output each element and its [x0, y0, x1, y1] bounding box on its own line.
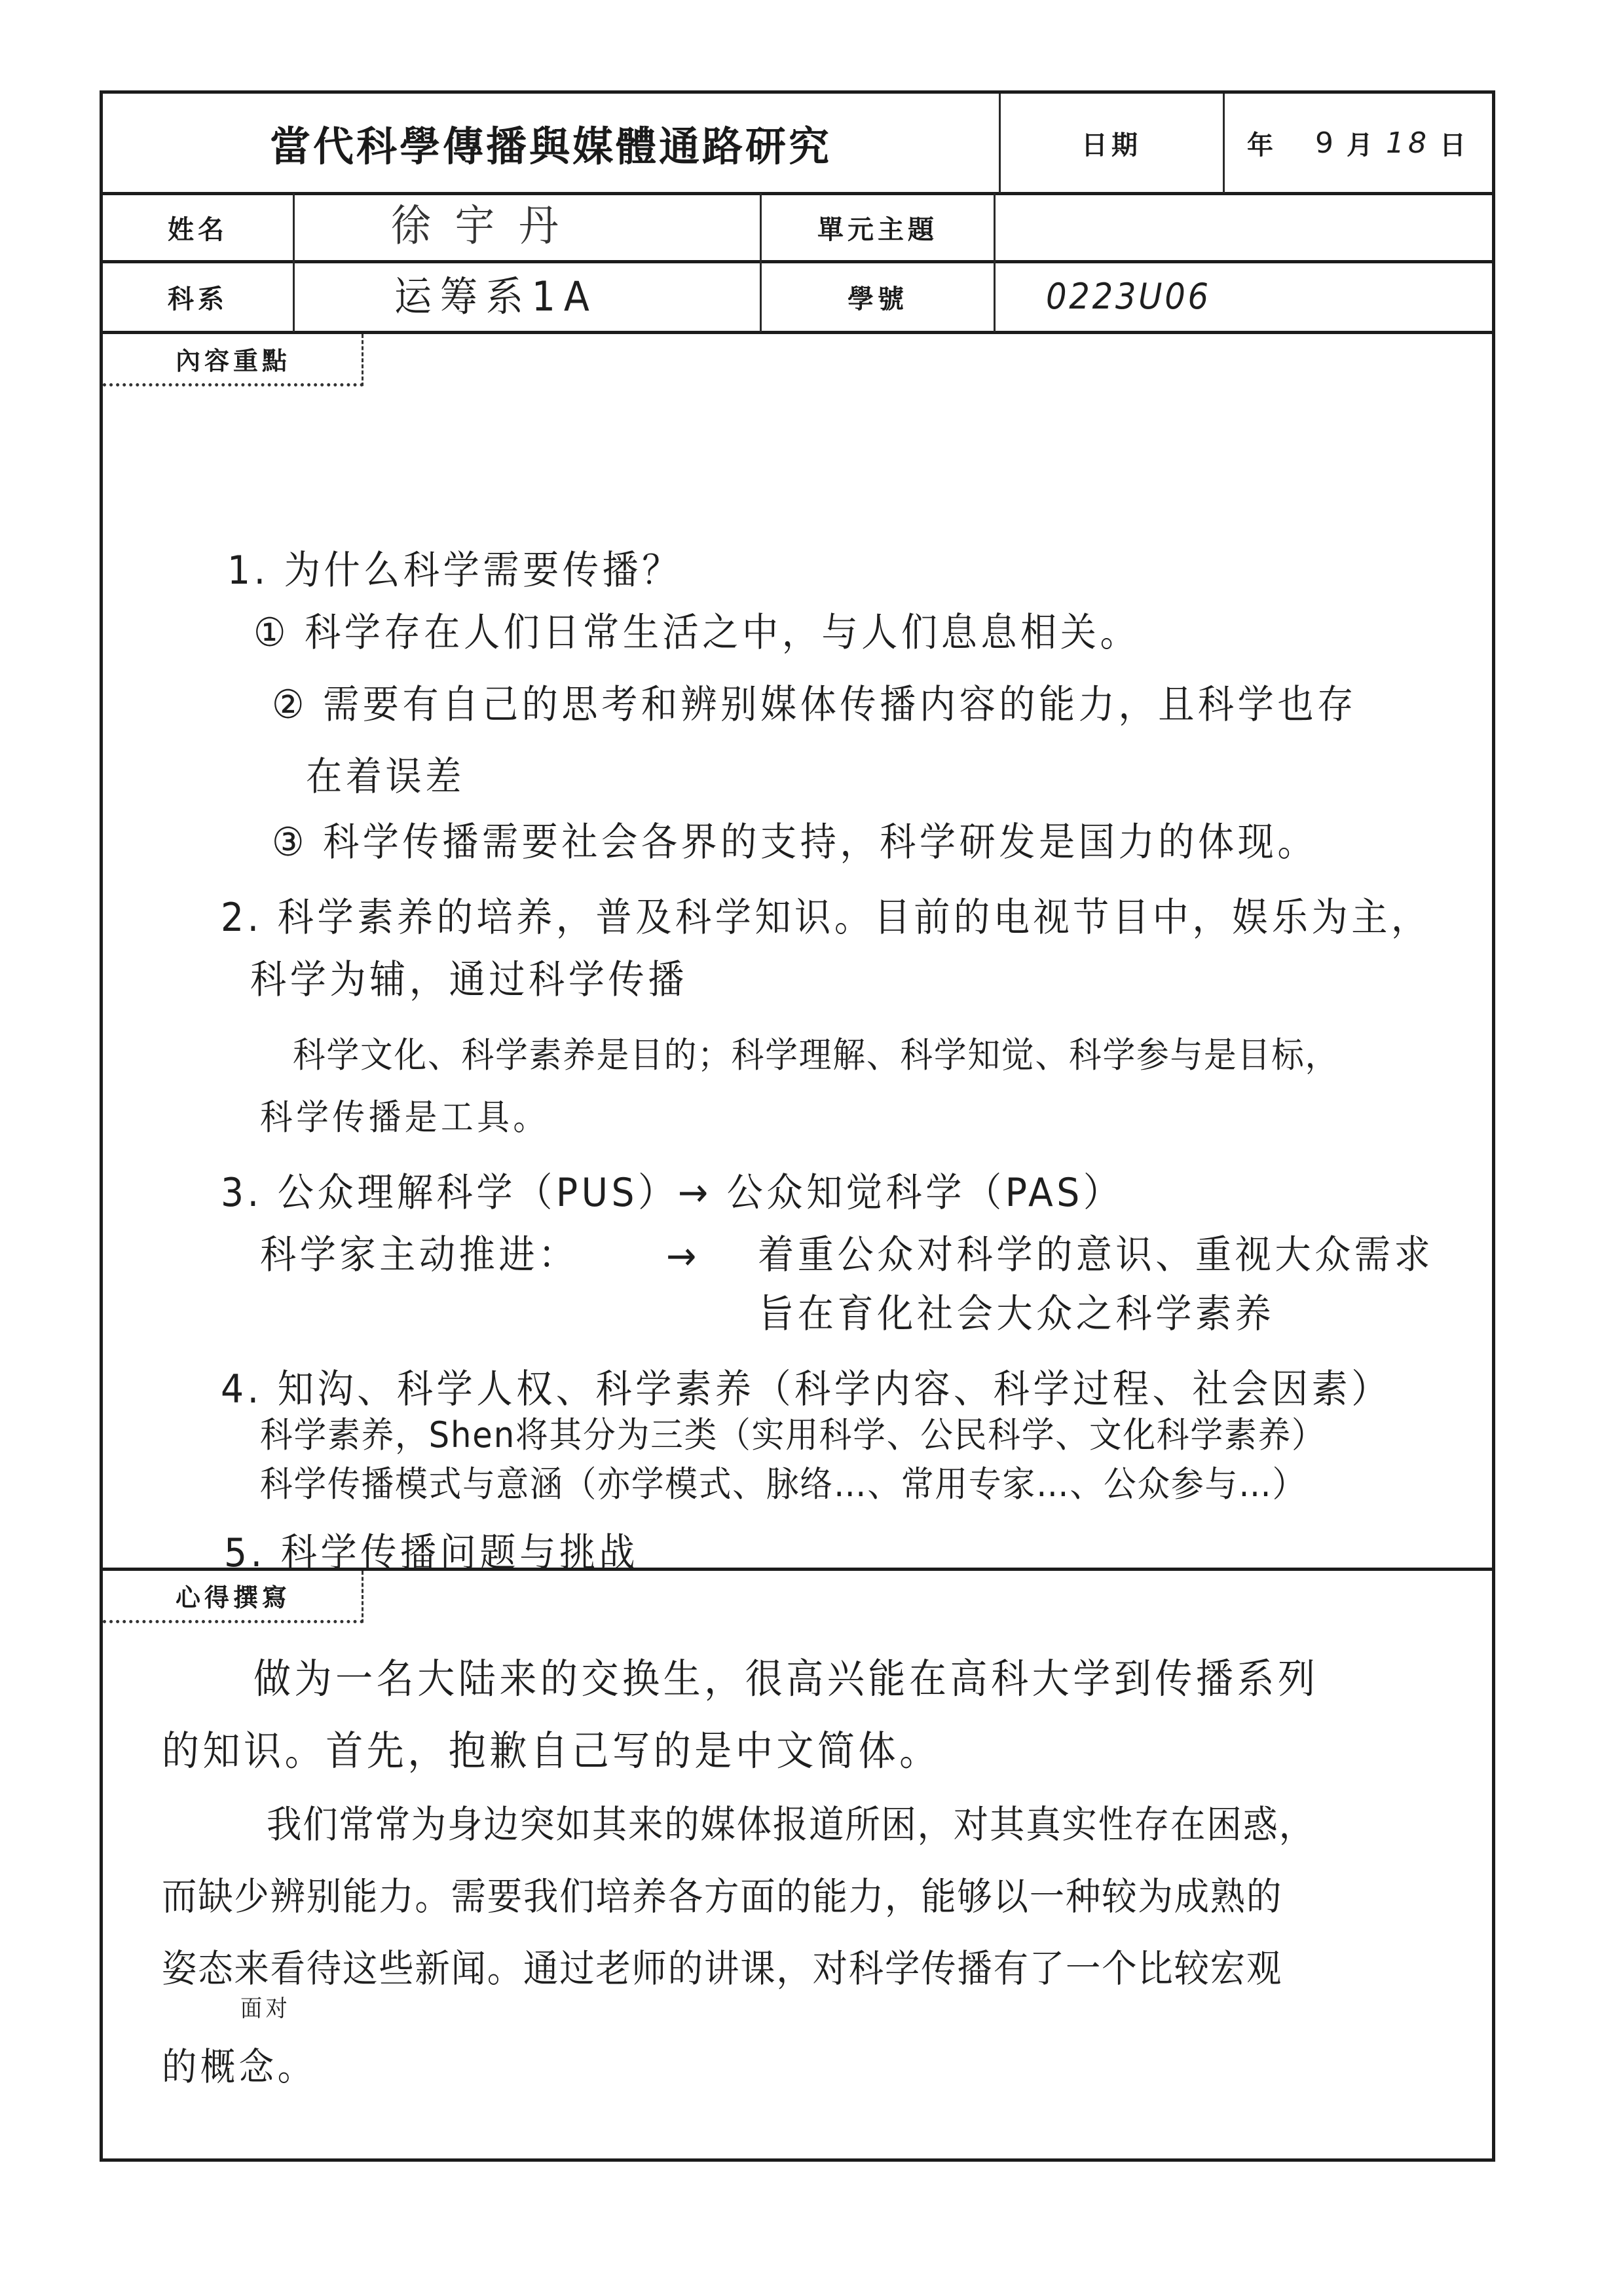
worksheet-table: 當代科學傳播與媒體通路研究 日期 年 9 月 18 日 姓名 徐宇丹 單元主題 …: [100, 90, 1495, 2162]
student-id-label: 學號: [762, 263, 994, 331]
point-2-note-2: 科学传播是工具。: [260, 1089, 550, 1140]
point-1-heading: 1. 为什么科学需要传播？: [227, 539, 682, 595]
dept-label: 科系: [103, 263, 293, 331]
day-label: 日: [1440, 124, 1470, 162]
reflection-content: 做为一名大陆来的交换生，很高兴能在高科大学到传播系列 的知识。首先，抱歉自己写的…: [103, 1620, 1492, 2157]
point-3-right-2: 旨在育化社会大众之科学素养: [758, 1283, 1275, 1339]
student-id-field[interactable]: 0223U06: [1046, 263, 1211, 331]
point-3-heading: 3. 公众理解科学（PUS）→ 公众知觉科学（PAS）: [221, 1161, 1123, 1218]
unit-topic-label: 單元主題: [762, 195, 994, 260]
month-label: 月: [1347, 124, 1377, 162]
course-title: 當代科學傳播與媒體通路研究: [103, 94, 999, 192]
point-1-item-2-cont: 在着误差: [306, 745, 465, 802]
point-1-item-3: ③ 科学传播需要社会各界的支持，科学研发是国力的体现。: [272, 811, 1317, 867]
point-2-heading: 2. 科学素养的培养，普及科学知识。目前的电视节目中，娱乐为主，: [221, 886, 1431, 943]
point-3-left: 科学家主动推进：: [260, 1224, 578, 1280]
reflection-line-4: 而缺少辨别能力。需要我们培养各方面的能力，能够以一种较为成熟的: [162, 1866, 1282, 1921]
dept-field[interactable]: 运筹系1A: [394, 263, 598, 331]
point-3-arrow: →: [666, 1233, 700, 1279]
point-4-heading: 4. 知沟、科学人权、科学素养（科学内容、科学过程、社会因素）: [221, 1358, 1391, 1414]
name-field[interactable]: 徐宇丹: [391, 192, 583, 260]
year-label: 年: [1247, 124, 1277, 162]
point-4-line-3: 科学传播模式与意涵（亦学模式、脉络…、常用专家…、公众参与…）: [260, 1456, 1306, 1507]
point-3-right-1: 着重公众对科学的意识、重视大众需求: [758, 1224, 1434, 1280]
key-points-content: 1. 为什么科学需要传播？ ① 科学存在人们日常生活之中，与人们息息相关。 ② …: [103, 382, 1492, 1561]
point-5-heading: 5. 科学传播问题与挑战: [224, 1522, 639, 1578]
reflection-line-5: 姿态来看待这些新闻。通过老师的讲课，对科学传播有了一个比较宏观: [162, 1938, 1282, 1993]
reflection-line-6: 的概念。: [162, 2036, 316, 2091]
point-1-item-2: ② 需要有自己的思考和辨别媒体传播内容的能力，且科学也存: [272, 673, 1357, 730]
point-2-cont: 科学为辅，通过科学传播: [250, 949, 688, 1005]
reflection-line-1: 做为一名大陆来的交换生，很高兴能在高科大学到传播系列: [253, 1646, 1319, 1704]
key-points-label: 內容重點: [103, 334, 363, 383]
point-1-item-1: ① 科学存在人们日常生活之中，与人们息息相关。: [253, 601, 1140, 658]
name-label: 姓名: [103, 195, 293, 260]
month-value: 9: [1315, 126, 1337, 160]
col-divider: [994, 193, 996, 332]
reflection-line-2: 的知识。首先，抱歉自己写的是中文简体。: [162, 1718, 941, 1777]
reflection-label: 心得撰寫: [103, 1571, 363, 1620]
col-divider: [293, 193, 295, 332]
key-points-label-box: 內容重點: [103, 334, 363, 386]
point-2-note-1: 科学文化、科学素养是目的；科学理解、科学知觉、科学参与是目标，: [293, 1027, 1339, 1078]
day-value: 18: [1386, 126, 1430, 160]
reflection-label-box: 心得撰寫: [103, 1571, 363, 1623]
reflection-insert-note: 面对: [240, 1990, 291, 2023]
date-field[interactable]: 年 9 月 18 日: [1225, 94, 1492, 192]
point-4-line-2: 科学素养，Shen将其分为三类（实用科学、公民科学、文化科学素养）: [260, 1407, 1326, 1458]
reflection-line-3: 我们常常为身边突如其来的媒体报道所困，对其真实性存在困惑，: [267, 1794, 1315, 1849]
unit-topic-field[interactable]: [996, 195, 1493, 260]
date-label: 日期: [1000, 94, 1223, 192]
